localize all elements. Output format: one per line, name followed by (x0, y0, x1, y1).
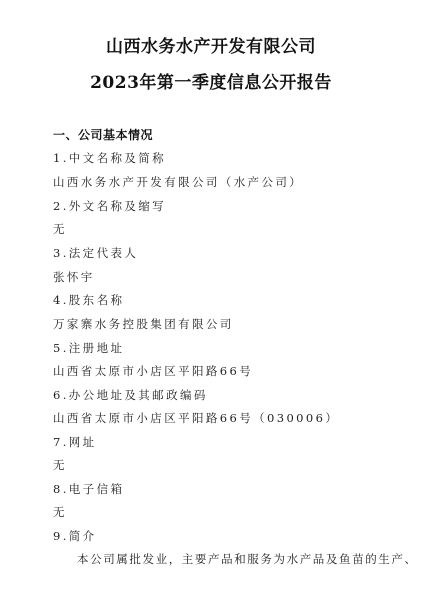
item-label-shareholder: 4.股东名称 (53, 293, 124, 307)
item-value-office-address: 山西省太原市小店区平阳路66号（030006） (53, 411, 339, 425)
item-value-shareholder: 万家寨水务控股集团有限公司 (53, 317, 234, 331)
item-value-website: 无 (53, 458, 67, 472)
document-title: 山西水务水产开发有限公司 (0, 37, 422, 57)
item-value-intro: 本公司属批发业，主要产品和服务为水产品及鱼苗的生产、 (77, 552, 418, 566)
item-label-intro: 9.简介 (53, 529, 97, 543)
document-page: 山西水务水产开发有限公司 2023年第一季度信息公开报告 一、公司基本情况 1.… (0, 0, 422, 611)
item-label-email: 8.电子信箱 (53, 482, 124, 496)
item-label-legal-rep: 3.法定代表人 (53, 246, 138, 260)
item-label-office-address: 6.办公地址及其邮政编码 (53, 388, 208, 402)
section-heading: 一、公司基本情况 (53, 128, 153, 142)
item-label-chinese-name: 1.中文名称及简称 (53, 151, 166, 165)
item-label-website: 7.网址 (53, 435, 97, 449)
document-subtitle: 2023年第一季度信息公开报告 (0, 73, 422, 93)
item-label-foreign-name: 2.外文名称及缩写 (53, 199, 166, 213)
item-value-registered-address: 山西省太原市小店区平阳路66号 (53, 364, 253, 378)
item-label-registered-address: 5.注册地址 (53, 341, 124, 355)
item-value-chinese-name: 山西水务水产开发有限公司（水产公司） (53, 175, 303, 189)
item-value-foreign-name: 无 (53, 222, 67, 236)
item-value-email: 无 (53, 505, 67, 519)
item-value-legal-rep: 张怀宇 (53, 270, 95, 284)
